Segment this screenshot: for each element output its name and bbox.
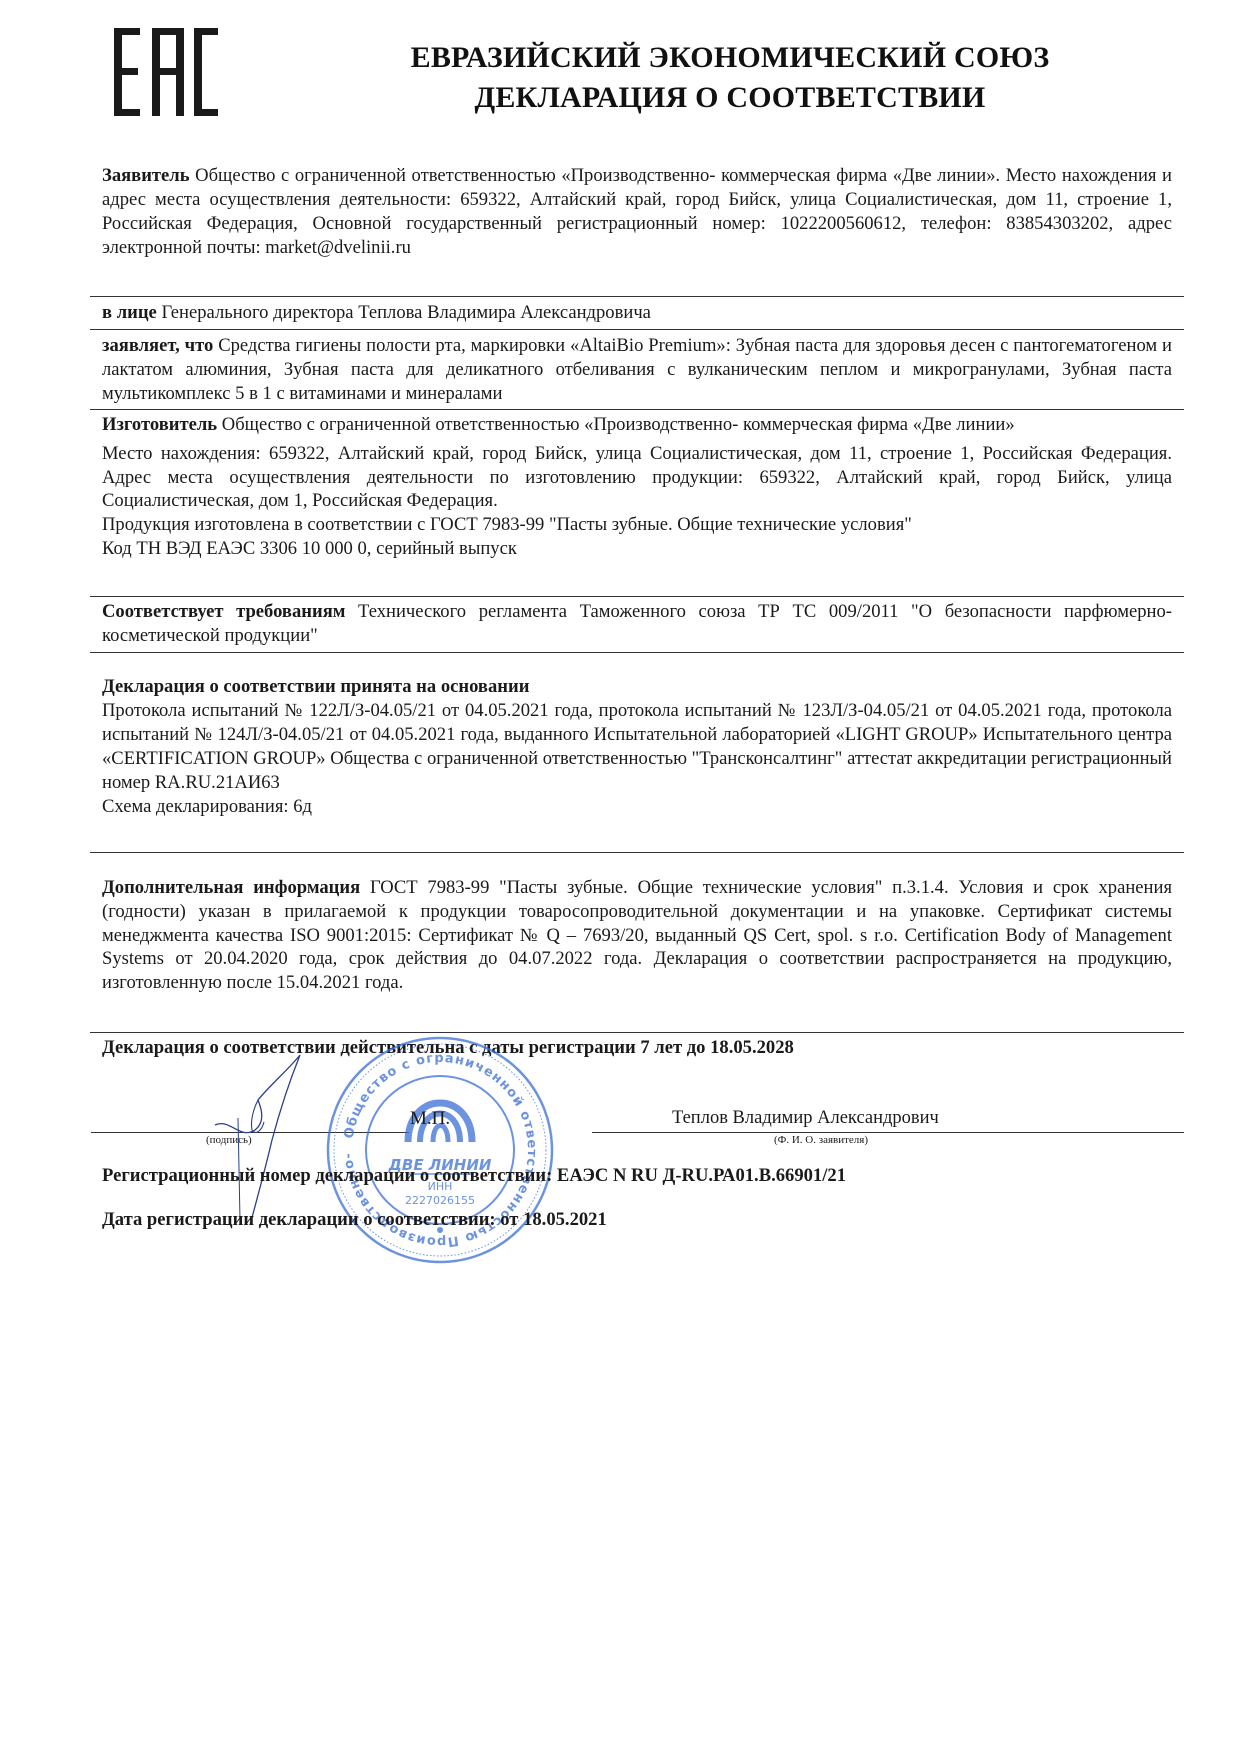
additional-info-section: Дополнительная информация ГОСТ 7983-99 "…: [102, 876, 1172, 995]
signer-caption: (Ф. И. О. заявителя): [774, 1134, 868, 1146]
divider: [90, 596, 1184, 597]
title-declaration: ДЕКЛАРАЦИЯ О СООТВЕТСТВИИ: [330, 78, 1130, 118]
signer-name-line: [592, 1132, 1184, 1133]
declares-label: заявляет, что: [102, 335, 213, 356]
basis-text: Протокола испытаний № 122Л/З-04.05/21 от…: [102, 699, 1172, 795]
registration-date: Дата регистрации декларации о соответств…: [102, 1208, 607, 1232]
divider: [90, 852, 1184, 853]
additional-info-label: Дополнительная информация: [102, 877, 360, 898]
manufacturer-label: Изготовитель: [102, 414, 217, 435]
divider: [90, 296, 1184, 297]
signer-name: Теплов Владимир Александрович: [672, 1108, 939, 1129]
represented-by-text: Генерального директора Теплова Владимира…: [161, 302, 650, 323]
manufacturer-code: Код ТН ВЭД ЕАЭС 3306 10 000 0, серийный …: [102, 537, 1172, 561]
company-stamp-icon: Общество с ограниченной ответственностью…: [320, 1030, 560, 1270]
applicant-text: Общество с ограниченной ответственностью…: [102, 165, 1172, 258]
declares-text: Средства гигиены полости рта, маркировки…: [102, 335, 1172, 404]
stamp-place-label: М.П.: [410, 1108, 450, 1130]
applicant-label: Заявитель: [102, 165, 190, 186]
applicant-section: Заявитель Общество с ограниченной ответс…: [102, 164, 1172, 260]
manufacturer-section: Изготовитель Общество с ограниченной отв…: [102, 413, 1172, 561]
title-union: ЕВРАЗИЙСКИЙ ЭКОНОМИЧЕСКИЙ СОЮЗ: [330, 38, 1130, 78]
divider: [90, 409, 1184, 410]
divider: [90, 652, 1184, 653]
declaration-scheme: Схема декларирования: 6д: [102, 795, 1172, 819]
manufacturer-text: Общество с ограниченной ответственностью…: [222, 414, 1015, 435]
registration-number: Регистрационный номер декларации о соотв…: [102, 1164, 846, 1188]
eac-logo-icon: [112, 26, 220, 118]
basis-section: Декларация о соответствии принята на осн…: [102, 675, 1172, 819]
divider: [90, 329, 1184, 330]
manufacturer-address: Место нахождения: 659322, Алтайский край…: [102, 442, 1172, 513]
conforms-label: Соответствует требованиям: [102, 601, 345, 622]
declares-section: заявляет, что Средства гигиены полости р…: [102, 334, 1172, 406]
conforms-section: Соответствует требованиям Технического р…: [102, 600, 1172, 648]
handwritten-signature-icon: [210, 1030, 320, 1230]
manufacturer-standard: Продукция изготовлена в соответствии с Г…: [102, 513, 1172, 537]
represented-by-section: в лице Генерального директора Теплова Вл…: [102, 301, 1172, 325]
represented-by-label: в лице: [102, 302, 157, 323]
basis-heading: Декларация о соответствии принята на осн…: [102, 675, 1172, 699]
document-title: ЕВРАЗИЙСКИЙ ЭКОНОМИЧЕСКИЙ СОЮЗ ДЕКЛАРАЦИ…: [330, 38, 1130, 118]
svg-text:2227026155: 2227026155: [405, 1194, 475, 1207]
